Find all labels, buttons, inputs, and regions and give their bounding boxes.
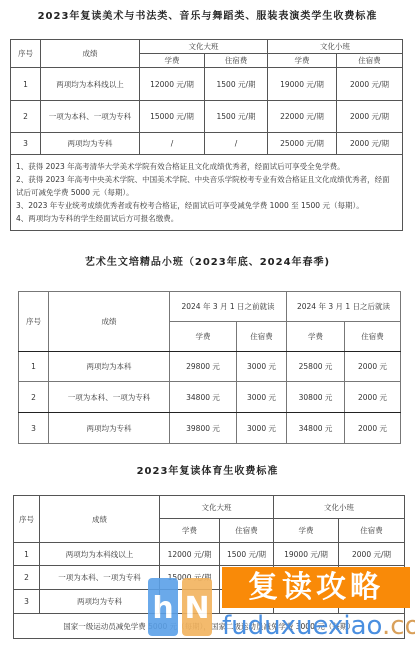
art-fee-table: 序号 成绩 文化大班 文化小班 学费 住宿费 学费 住宿费 1 两项均为本科线以…: [10, 39, 403, 231]
logo-n-icon: N: [182, 578, 212, 636]
header-board: 住宿费: [339, 519, 405, 543]
site-logo: h N: [148, 578, 214, 640]
header-tuition: 学费: [160, 519, 220, 543]
header-tuition: 学费: [287, 322, 345, 352]
cell-b-tuition: 34800 元: [287, 413, 345, 444]
cell-no: 1: [19, 352, 49, 382]
cell-no: 2: [14, 566, 40, 590]
premium-class-table: 序号 成绩 2024 年 3 月 1 日之前就读 2024 年 3 月 1 日之…: [18, 291, 401, 444]
cell-score: 两项均为专科: [49, 413, 170, 444]
table-row: 3 两项均为专科 39800 元 3000 元 34800 元 2000 元: [19, 413, 401, 444]
watermark-banner: 复读攻略: [222, 567, 410, 608]
section2-title: 艺术生文培精品小班（2023年底、2024年春季): [0, 253, 415, 268]
cell-a-board: 3000 元: [237, 382, 287, 413]
fee-notes: 1、获得 2023 年高考清华大学美术学院有效合格证且文化成绩优秀者，经面试后可…: [11, 155, 403, 231]
header-board: 住宿费: [337, 54, 403, 68]
cell-b-board: 2000 元/期: [337, 68, 403, 101]
table-row: 1 两项均为本科线以上 12000 元/期 1500 元/期 19000 元/期…: [11, 68, 403, 101]
header-score: 成绩: [41, 40, 140, 68]
cell-b-board: 2000 元: [345, 352, 401, 382]
cell-b-tuition: 19000 元/期: [274, 543, 339, 566]
url-main: fuduxuexiao: [222, 611, 382, 641]
cell-no: 3: [11, 133, 41, 155]
cell-no: 1: [11, 68, 41, 101]
header-no: 序号: [11, 40, 41, 68]
cell-a-tuition: 34800 元: [170, 382, 237, 413]
header-tuition: 学费: [274, 519, 339, 543]
cell-a-board: 1500 元/期: [220, 543, 274, 566]
header-tuition: 学费: [170, 322, 237, 352]
header-no: 序号: [14, 496, 40, 543]
cell-b-tuition: 25800 元: [287, 352, 345, 382]
cell-b-tuition: 22000 元/期: [268, 101, 337, 133]
section1-title: 2023年复读美术与书法类、音乐与舞蹈类、服装表演类学生收费标准: [0, 7, 415, 22]
section3-title: 2023年复读体育生收费标准: [0, 462, 415, 477]
cell-b-tuition: 25000 元/期: [268, 133, 337, 155]
url-tld: .com: [382, 611, 415, 641]
header-group-b: 2024 年 3 月 1 日之后就读: [287, 292, 401, 322]
cell-score: 一项为本科、一项为专科: [41, 101, 140, 133]
cell-b-tuition: 30800 元: [287, 382, 345, 413]
cell-no: 2: [11, 101, 41, 133]
table-row: 2 一项为本科、一项为专科 15000 元/期 1500 元/期 22000 元…: [11, 101, 403, 133]
note-1: 1、获得 2023 年高考清华大学美术学院有效合格证且文化成绩优秀者，经面试后可…: [16, 160, 397, 173]
cell-b-tuition: 19000 元/期: [268, 68, 337, 101]
table-row: 1 两项均为本科 29800 元 3000 元 25800 元 2000 元: [19, 352, 401, 382]
cell-a-tuition: /: [140, 133, 205, 155]
table-row: 1 两项均为本科线以上 12000 元/期 1500 元/期 19000 元/期…: [14, 543, 405, 566]
header-no: 序号: [19, 292, 49, 352]
cell-score: 两项均为本科线以上: [41, 68, 140, 101]
cell-a-tuition: 12000 元/期: [160, 543, 220, 566]
header-tuition: 学费: [268, 54, 337, 68]
header-board: 住宿费: [205, 54, 268, 68]
cell-b-board: 2000 元: [345, 382, 401, 413]
cell-score: 一项为本科、一项为专科: [49, 382, 170, 413]
header-board: 住宿费: [237, 322, 287, 352]
cell-a-board: 3000 元: [237, 352, 287, 382]
cell-a-tuition: 12000 元/期: [140, 68, 205, 101]
header-board: 住宿费: [220, 519, 274, 543]
cell-a-board: 3000 元: [237, 413, 287, 444]
cell-score: 两项均为本科: [49, 352, 170, 382]
cell-no: 3: [14, 590, 40, 614]
table-row: 3 两项均为专科 / / 25000 元/期 2000 元/期: [11, 133, 403, 155]
cell-a-board: /: [205, 133, 268, 155]
table-row: 2 一项为本科、一项为专科 34800 元 3000 元 30800 元 200…: [19, 382, 401, 413]
note-2: 2、获得 2023 年高考中央美术学院、中国美术学院、中央音乐学院校考专业有效合…: [16, 173, 397, 199]
cell-b-board: 2000 元/期: [337, 133, 403, 155]
header-group-b: 文化小班: [274, 496, 405, 519]
cell-no: 1: [14, 543, 40, 566]
note-3: 3、2023 年专业统考成绩优秀者或有校考合格证，经面试后可享受减免学费 100…: [16, 199, 397, 212]
header-group-b: 文化小班: [268, 40, 403, 54]
header-board: 住宿费: [345, 322, 401, 352]
header-group-a: 2024 年 3 月 1 日之前就读: [170, 292, 287, 322]
cell-score: 两项均为专科: [40, 590, 160, 614]
cell-score: 一项为本科、一项为专科: [40, 566, 160, 590]
header-score: 成绩: [40, 496, 160, 543]
cell-b-board: 2000 元: [345, 413, 401, 444]
header-tuition: 学费: [140, 54, 205, 68]
header-score: 成绩: [49, 292, 170, 352]
cell-score: 两项均为本科线以上: [40, 543, 160, 566]
cell-a-tuition: 29800 元: [170, 352, 237, 382]
watermark-url: fuduxuexiao.com: [222, 611, 415, 641]
cell-score: 两项均为专科: [41, 133, 140, 155]
header-group-a: 文化大班: [160, 496, 274, 519]
cell-a-board: 1500 元/期: [205, 101, 268, 133]
cell-no: 2: [19, 382, 49, 413]
header-group-a: 文化大班: [140, 40, 268, 54]
cell-a-board: 1500 元/期: [205, 68, 268, 101]
cell-b-board: 2000 元/期: [337, 101, 403, 133]
cell-no: 3: [19, 413, 49, 444]
note-4: 4、两项均为专科的学生经面试后方可报名缴费。: [16, 212, 397, 225]
cell-b-board: 2000 元/期: [339, 543, 405, 566]
cell-a-tuition: 15000 元/期: [140, 101, 205, 133]
logo-h-icon: h: [148, 578, 178, 636]
cell-a-tuition: 39800 元: [170, 413, 237, 444]
